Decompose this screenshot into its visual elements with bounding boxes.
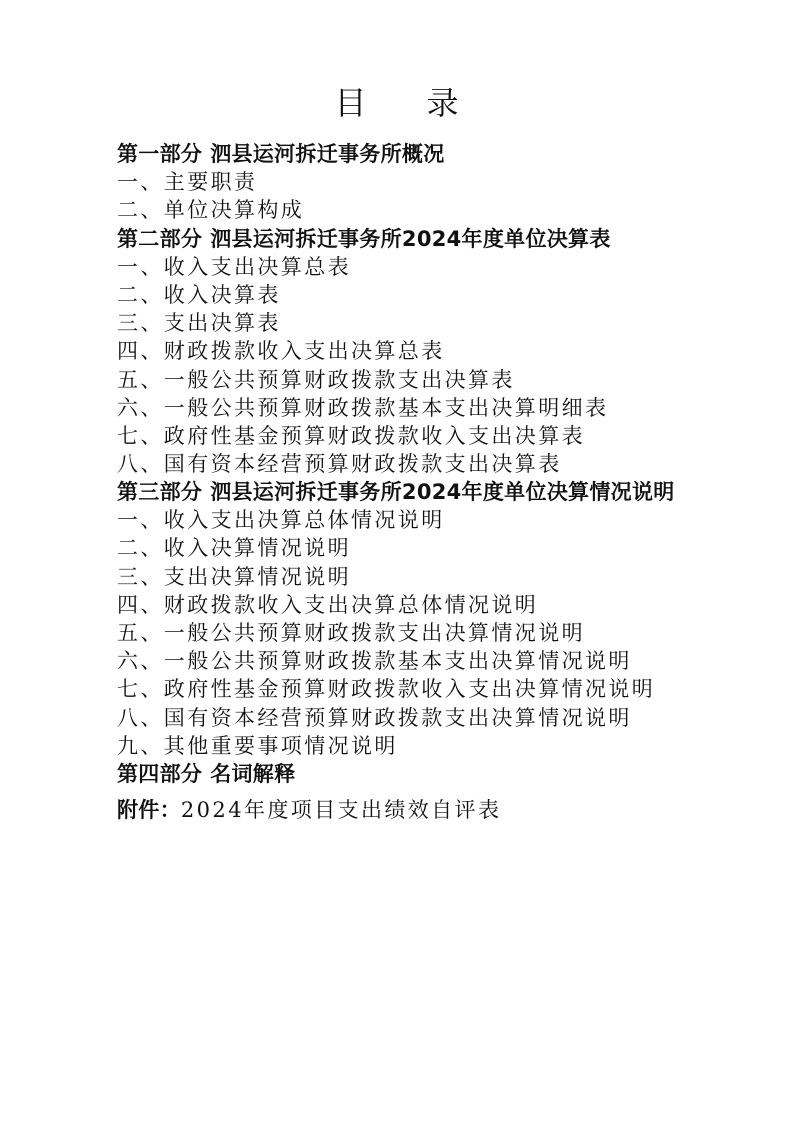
toc-item[interactable]: 四、财政拨款收入支出决算总体情况说明 (117, 591, 697, 619)
part-title: 泗县运河拆迁事务所2024年度单位决算表 (210, 227, 610, 251)
toc-item[interactable]: 八、国有资本经营预算财政拨款支出决算表 (117, 450, 697, 478)
page-title: 目录 (0, 84, 793, 122)
part-label: 第三部分 (117, 480, 202, 504)
toc-item[interactable]: 二、收入决算表 (117, 281, 697, 309)
toc-item[interactable]: 九、其他重要事项情况说明 (117, 732, 697, 760)
toc-item[interactable]: 七、政府性基金预算财政拨款收入支出决算情况说明 (117, 675, 697, 703)
title-char-2: 录 (427, 84, 459, 122)
toc-item[interactable]: 六、一般公共预算财政拨款基本支出决算明细表 (117, 394, 697, 422)
toc-item[interactable]: 三、支出决算表 (117, 309, 697, 337)
toc-part-3-heading[interactable]: 第三部分泗县运河拆迁事务所2024年度单位决算情况说明 (117, 478, 687, 506)
toc-item[interactable]: 三、支出决算情况说明 (117, 563, 697, 591)
toc-item[interactable]: 二、收入决算情况说明 (117, 534, 697, 562)
toc-part-2-heading[interactable]: 第二部分泗县运河拆迁事务所2024年度单位决算表 (117, 225, 697, 253)
part-label: 第一部分 (117, 142, 202, 166)
attachment-label: 附件： (117, 798, 181, 822)
toc-item[interactable]: 一、主要职责 (117, 168, 697, 196)
part-title: 泗县运河拆迁事务所概况 (210, 142, 444, 166)
toc-item[interactable]: 二、单位决算构成 (117, 196, 697, 224)
toc-item[interactable]: 五、一般公共预算财政拨款支出决算情况说明 (117, 619, 697, 647)
title-char-1: 目 (334, 84, 366, 122)
toc-attachment[interactable]: 附件：2024年度项目支出绩效自评表 (117, 796, 697, 824)
toc-part-1-heading[interactable]: 第一部分泗县运河拆迁事务所概况 (117, 140, 697, 168)
toc-item[interactable]: 一、收入支出决算总体情况说明 (117, 506, 697, 534)
part-title: 名词解释 (210, 762, 295, 786)
toc-item[interactable]: 四、财政拨款收入支出决算总表 (117, 337, 697, 365)
part-label: 第四部分 (117, 762, 202, 786)
toc-item[interactable]: 八、国有资本经营预算财政拨款支出决算情况说明 (117, 704, 697, 732)
table-of-contents: 第一部分泗县运河拆迁事务所概况 一、主要职责 二、单位决算构成 第二部分泗县运河… (117, 140, 697, 824)
part-label: 第二部分 (117, 227, 202, 251)
part-title: 泗县运河拆迁事务所2024年度单位决算情况说明 (210, 480, 674, 504)
attachment-text: 2024年度项目支出绩效自评表 (181, 798, 501, 822)
toc-item[interactable]: 七、政府性基金预算财政拨款收入支出决算表 (117, 422, 697, 450)
toc-item[interactable]: 五、一般公共预算财政拨款支出决算表 (117, 366, 697, 394)
toc-item[interactable]: 一、收入支出决算总表 (117, 253, 697, 281)
toc-part-4-heading[interactable]: 第四部分名词解释 (117, 760, 697, 788)
toc-item[interactable]: 六、一般公共预算财政拨款基本支出决算情况说明 (117, 647, 697, 675)
